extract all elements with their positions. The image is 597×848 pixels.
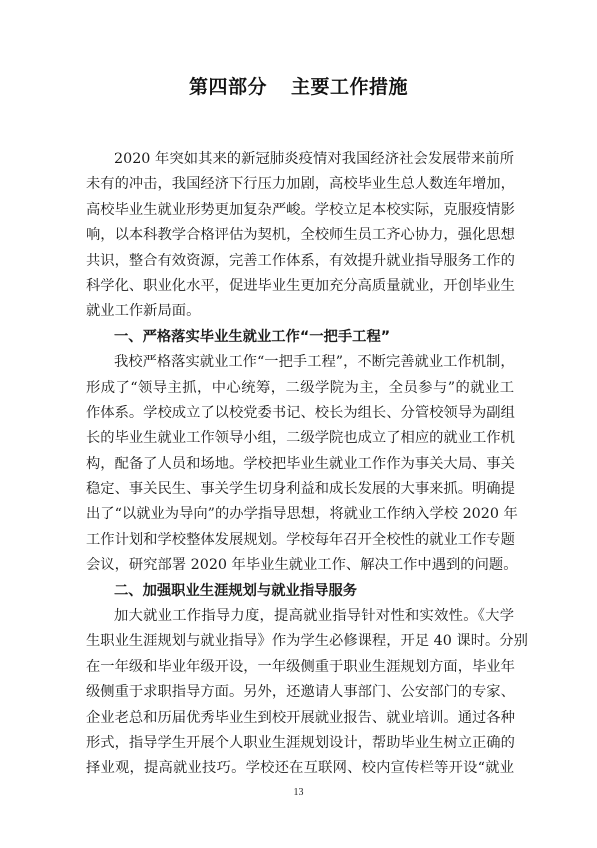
text-line: 未有的冲击，我国经济下行压力加剧，高校毕业生总人数连年增加， (86, 172, 514, 197)
text-line: 级侧重于求职指导方面。另外，还邀请人事部门、公安部门的专家、 (86, 680, 514, 705)
page-number: 13 (0, 787, 597, 798)
paragraph-intro: 2020 年突如其来的新冠肺炎疫情对我国经济社会发展带来前所 未有的冲击，我国经… (86, 147, 514, 325)
text-line: 就业工作新局面。 (86, 299, 514, 324)
text-line: 科学化、职业化水平，促进毕业生更加充分高质量就业，开创毕业生 (86, 274, 514, 299)
text-line: 择业观，提高就业技巧。学校还在互联网、校内宣传栏等开设“就业 (86, 756, 514, 781)
text-line: 在一年级和毕业年级开设，一年级侧重于职业生涯规划方面，毕业年 (86, 655, 514, 680)
text-line: 生职业生涯规划与就业指导》作为学生必修课程，开足 40 课时。分别 (86, 629, 514, 654)
text-line: 响，以本科教学合格评估为契机，全校师生员工齐心协力，强化思想 (86, 223, 514, 248)
section-heading-1: 一、严格落实毕业生就业工作“一把手工程” (86, 325, 514, 350)
paragraph-section-1: 我校严格落实就业工作“一把手工程”，不断完善就业工作机制， 形成了“领导主抓，中… (86, 350, 514, 579)
text-line: 作体系。学校成立了以校党委书记、校长为组长、分管校领导为副组 (86, 401, 514, 426)
text-line: 会议，研究部署 2020 年毕业生就业工作、解决工作中遇到的问题。 (86, 553, 514, 578)
section-heading-2: 二、加强职业生涯规划与就业指导服务 (86, 579, 514, 604)
text-line: 构，配备了人员和场地。学校把毕业生就业工作作为事关大局、事关 (86, 452, 514, 477)
page-title: 第四部分主要工作措施 (0, 72, 597, 99)
text-line: 工作计划和学校整体发展规划。学校每年召开全校性的就业工作专题 (86, 528, 514, 553)
text-line: 出了“以就业为导向”的办学指导思想，将就业工作纳入学校 2020 年 (86, 502, 514, 527)
text-line: 形成了“领导主抓，中心统筹，二级学院为主，全员参与”的就业工 (86, 376, 514, 401)
paragraph-section-2: 加大就业工作指导力度，提高就业指导针对性和实效性。《大学 生职业生涯规划与就业指… (86, 604, 514, 782)
text-line: 高校毕业生就业形势更加复杂严峻。学校立足本校实际，克服疫情影 (86, 198, 514, 223)
text-line: 加大就业工作指导力度，提高就业指导针对性和实效性。《大学 (86, 604, 514, 629)
text-line: 企业老总和历届优秀毕业生到校开展就业报告、就业培训。通过各种 (86, 706, 514, 731)
document-body: 2020 年突如其来的新冠肺炎疫情对我国经济社会发展带来前所 未有的冲击，我国经… (86, 147, 514, 782)
text-line: 共识，整合有效资源，完善工作体系，有效提升就业指导服务工作的 (86, 249, 514, 274)
text-line: 形式，指导学生开展个人职业生涯规划设计，帮助毕业生树立正确的 (86, 731, 514, 756)
title-part: 第四部分 (189, 76, 267, 98)
title-main: 主要工作措施 (291, 76, 408, 98)
text-line: 2020 年突如其来的新冠肺炎疫情对我国经济社会发展带来前所 (86, 147, 514, 172)
text-line: 我校严格落实就业工作“一把手工程”，不断完善就业工作机制， (86, 350, 514, 375)
text-line: 长的毕业生就业工作领导小组，二级学院也成立了相应的就业工作机 (86, 426, 514, 451)
text-line: 稳定、事关民生、事关学生切身利益和成长发展的大事来抓。明确提 (86, 477, 514, 502)
